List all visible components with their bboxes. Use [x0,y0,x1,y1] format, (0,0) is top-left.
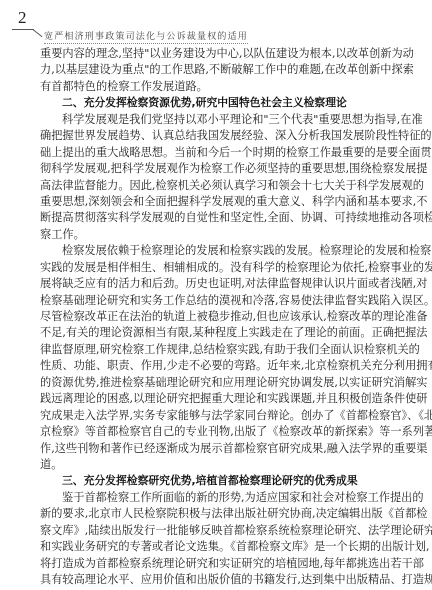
paragraph-first-line: 检察发展依赖于检察理论的发展和检察实践的发展。检察理论的发展和检察 [40,243,406,259]
body-text: 重要内容的理念,坚持"以业务建设为中心,以队伍建设为根本,以改革创新为动力,以基… [40,46,406,588]
text-line: 的资源优势,推进检察基础理论研究和应用理论研究协调发展,以实证研究消解实 [40,375,406,391]
text-line: 和实践业务研究的专著或者论文选集。《首都检察文库》是一个长期的出版计划, [40,539,406,555]
text-line: 新的要求,北京市人民检察院积极与法律出版社研究协商,决定编辑出版《首都检 [40,506,406,522]
paragraph-first-line: 鉴于首都检察工作所面临的新的形势,为适应国家和社会对检察工作提出的 [40,490,406,506]
page-number: 2 [18,8,27,28]
text-line: 检察基础理论研究和实务工作总结的漠视和冷落,容易使法律监督实践陷入误区。 [40,293,406,309]
header-diagonal-rule [32,29,42,37]
text-line: 道。 [40,457,406,473]
paragraph-first-line: 科学发展观是我们党坚持以邓小平理论和"三个代表"重要思想为指导,在准 [40,112,406,128]
text-line: 尽管检察改革正在法治的轨道上被稳步推动,但也应该承认,检察改革的理论准备 [40,309,406,325]
text-line: 察文库》,陆续出版发行一批能够反映首都检察系统检察理论研究、法学理论研究 [40,523,406,539]
text-line: 察工作。 [40,227,406,243]
running-title: 宽严相济刑事政策司法化与公诉裁量权的适用 [44,32,248,44]
text-line: 具有较高理论水平、应用价值和出版价值的书籍发行,达到集中出版精品、打造规 [40,572,406,588]
text-line: 展将缺乏应有的活力和后劲。历史也证明,对法律监督规律认识片面或者浅陋,对 [40,276,406,292]
text-line: 将打造成为首都检察系统理论研究和实证研究的培植园地,每年都挑选出若干部 [40,556,406,572]
text-line: 高法律监督能力。因此,检察机关必须认真学习和领会十七大关于科学发展观的 [40,178,406,194]
text-line: 不足,有关的理论资源相当有限,某种程度上实践走在了理论的前面。正确把握法 [40,325,406,341]
text-line: 础上提出的重大战略思想。当前和今后一个时期的检察工作最重要的是要全面贯 [40,145,406,161]
text-line: 断提高贯彻落实科学发展观的自觉性和坚定性,全面、协调、可持续地推动各项检 [40,210,406,226]
text-line: 彻科学发展观,把科学发展观作为检察工作必须坚持的重要思想,围绕检察发展提 [40,161,406,177]
text-line: 实践的发展是相伴相生、相辅相成的。没有科学的检察理论为依托,检察事业的发 [40,260,406,276]
text-line: 践远离理论的困惑,以理论研究把握重大理论和实践课题,并且积极创造条件使研 [40,391,406,407]
text-line: 究成果走入法学界,实务专家能够与法学家同台辩论。创办了《首都检察官》、《北 [40,408,406,424]
text-line: 重要内容的理念,坚持"以业务建设为中心,以队伍建设为根本,以改革创新为动 [40,46,406,62]
text-line: 作,这些刊物和著作已经逐渐成为展示首都检察官研究成果,融入法学界的重要渠 [40,441,406,457]
section-heading: 三、充分发挥检察研究优势,培植首都检察理论研究的优秀成果 [40,473,406,489]
text-line: 力,以基层建设为重点"的工作思路,不断破解工作中的难题,在改革创新中探索 [40,62,406,78]
text-line: 京检察》等首都检察官自己的专业刊物,出版了《检察改革的新探索》等一系列著 [40,424,406,440]
header-rule [12,29,34,30]
text-line: 确把握世界发展趋势、认真总结我国发展经验、深入分析我国发展阶段性特征的基 [40,128,406,144]
text-line: 性质、功能、职责、作用,少走不必要的弯路。近年来,北京检察机关充分利用拥有 [40,358,406,374]
text-line: 重要思想,深刻领会和全面把握科学发展观的重大意义、科学内涵和基本要求,不 [40,194,406,210]
section-heading: 二、充分发挥检察资源优势,研究中国特色社会主义检察理论 [40,95,406,111]
text-line: 有首都特色的检察工作发展道路。 [40,79,406,95]
text-line: 律监督原理,研究检察工作规律,总结检察实践,有助于我们全面认识检察机关的 [40,342,406,358]
